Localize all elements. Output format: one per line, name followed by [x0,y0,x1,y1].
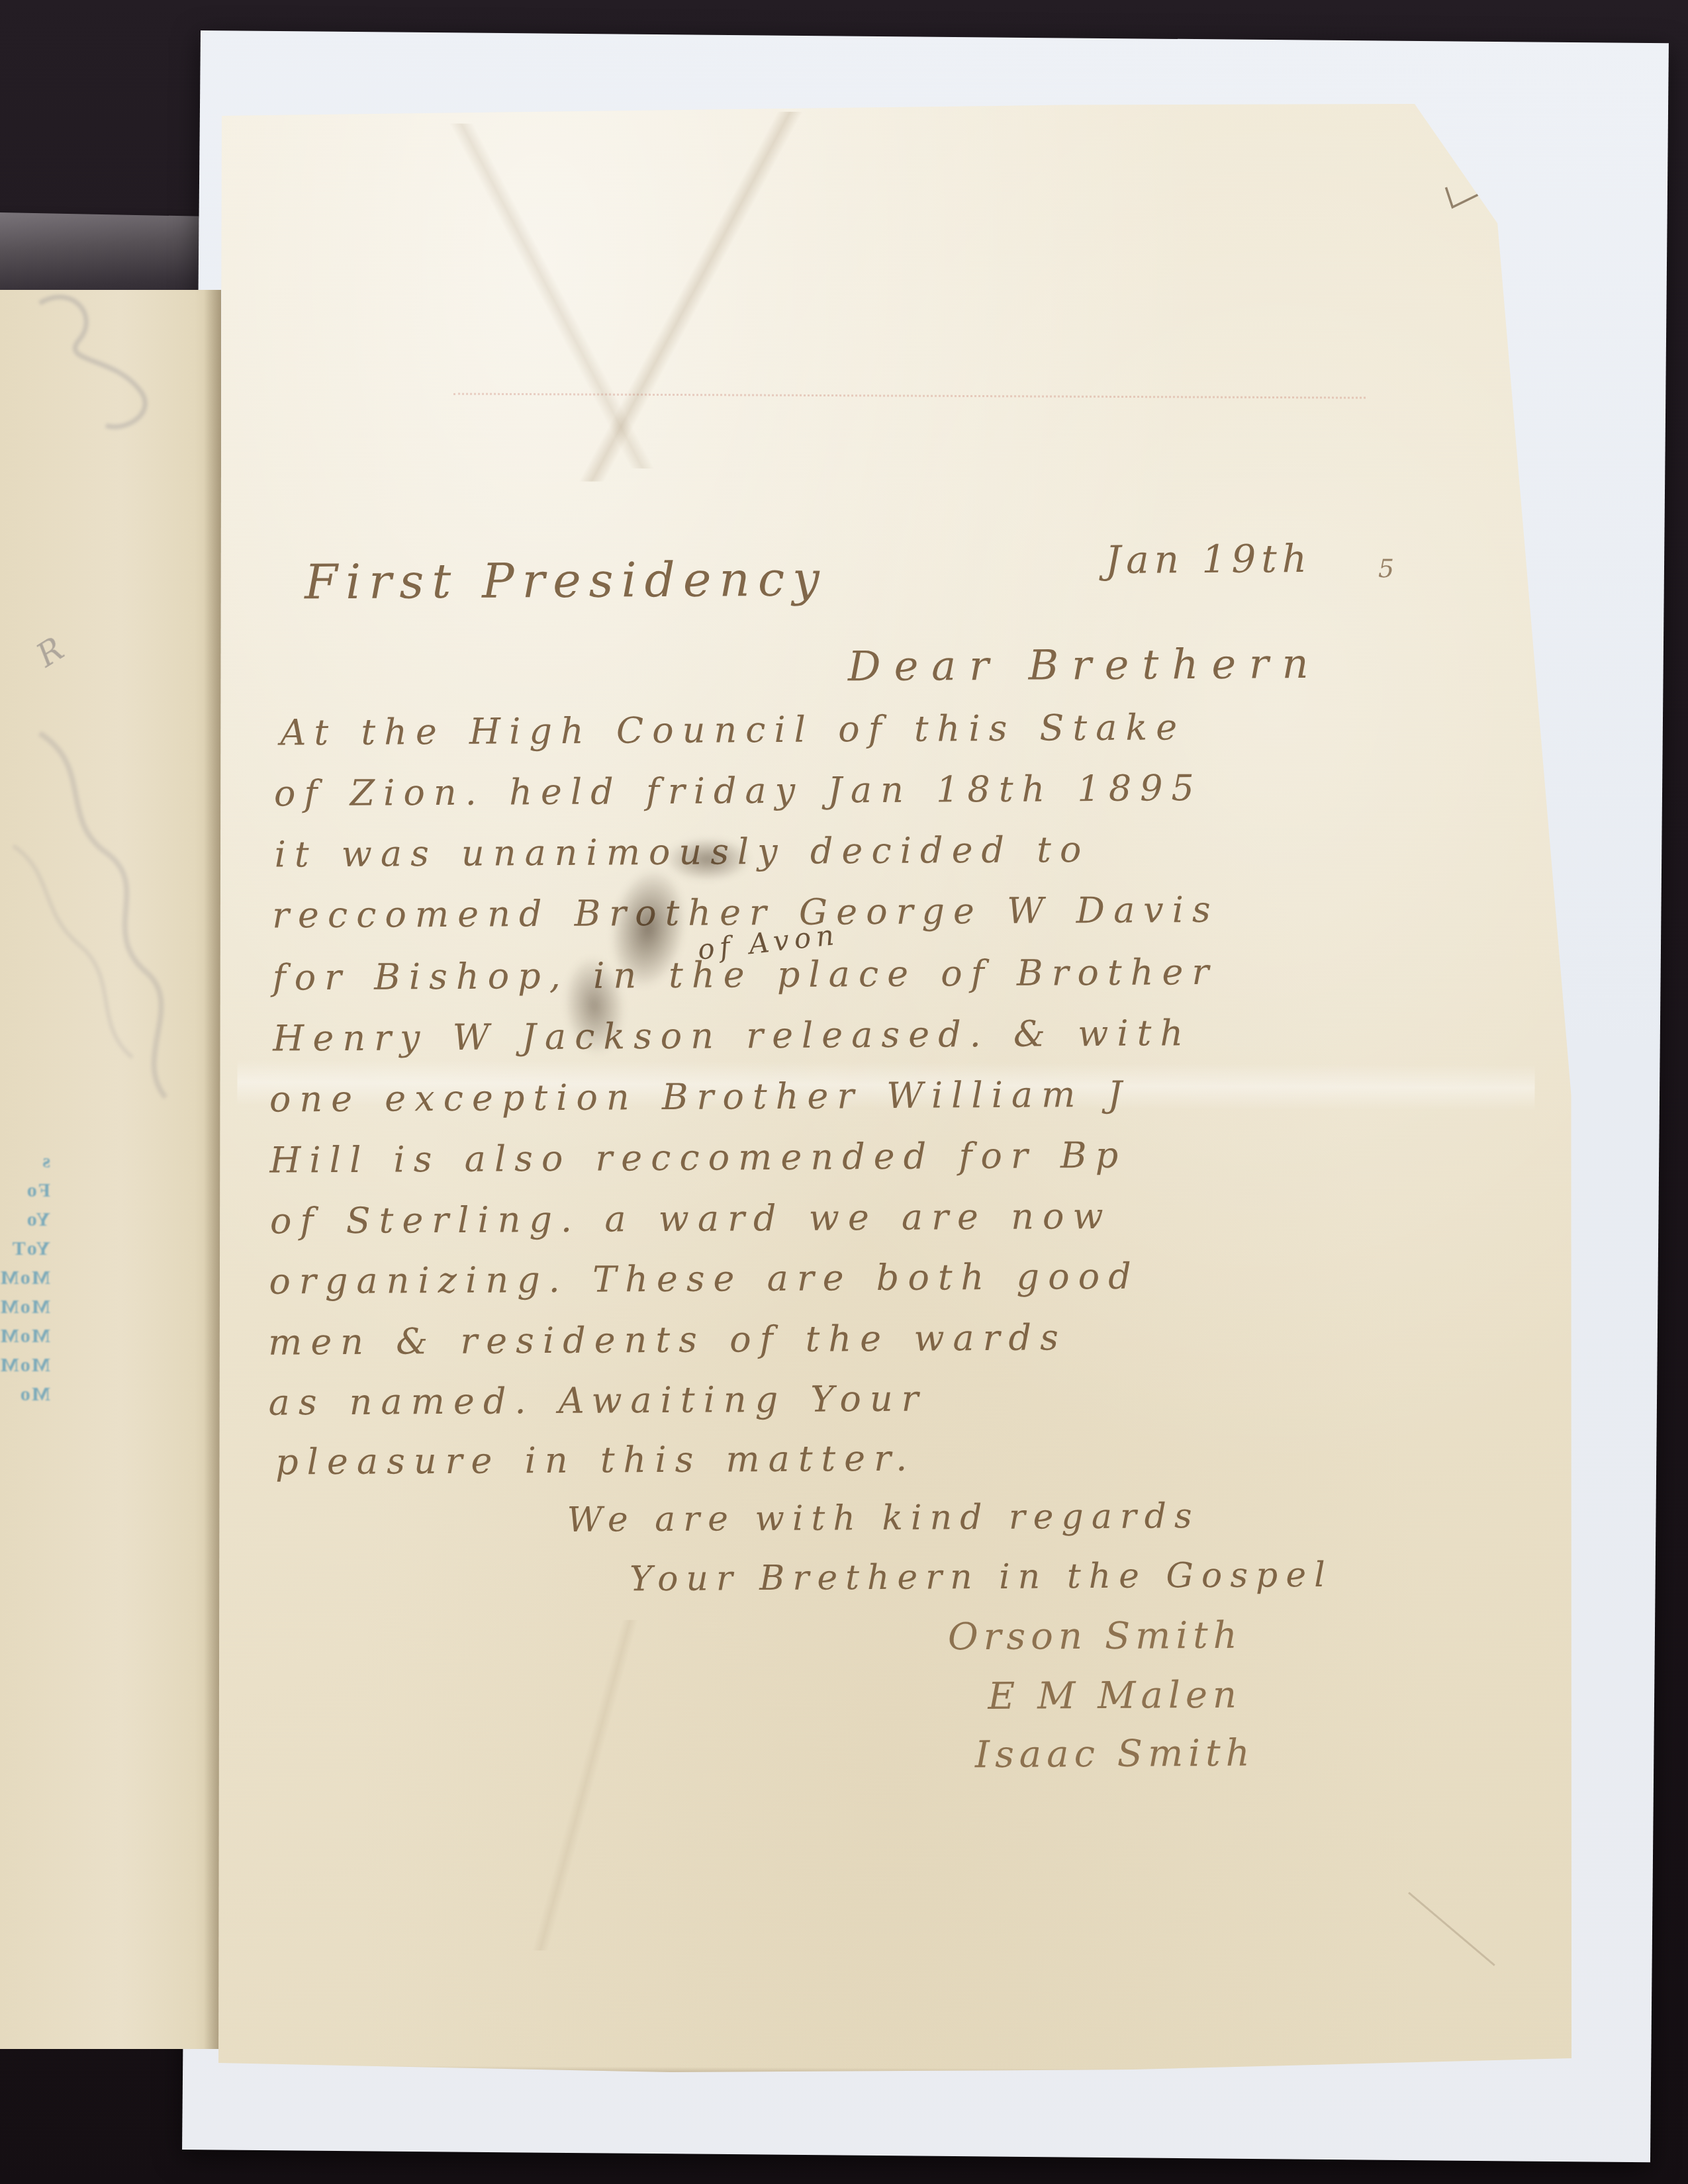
body-line: of Sterling. a ward we are now [270,1195,1112,1242]
ghost-writing-top [13,277,212,449]
body-line: one exception Brother William J [269,1073,1131,1120]
body-line: Henry W Jackson released. & with [273,1012,1192,1059]
salutation-line: Dear Brethern [848,639,1322,690]
ghost-writing-middle [0,713,212,1177]
body-line: of Zion. held friday Jan 18th 1895 [274,767,1203,815]
mirrored-stamp: Fo [4,1179,50,1206]
closing-line: Your Brethern in the Gospel [630,1555,1333,1599]
mirrored-stamp: MoM [4,1325,50,1351]
body-line: for Bishop, in the place of Brother [273,951,1218,999]
mirrored-stamp: Mo [4,1383,50,1410]
gutter-shadow [204,290,221,2049]
body-line: Hill is also reccomended for Bp [269,1134,1127,1181]
mirrored-stamp: Yo [4,1208,50,1235]
addressee-line: First Presidency [305,551,827,610]
date-line: Jan 19th [1105,536,1313,582]
handwritten-content: First Presidency Jan 19th 5 Dear Brether… [209,90,1588,2074]
body-line: At the High Council of this Stake [280,706,1186,753]
scan-background: s Fo Yo YoT MoM MoM MoM MoM Mo R 161 Fir… [0,0,1688,2184]
closing-line: We are with kind regards [567,1496,1200,1540]
adjacent-page: s Fo Yo YoT MoM MoM MoM MoM Mo R [0,290,221,2049]
mirrored-stamp: MoM [4,1267,50,1293]
body-line: as named. Awaiting Your [268,1378,927,1424]
body-line: it was unanimously decided to [274,829,1090,876]
body-line: men & residents of the wards [268,1316,1067,1363]
signature: Isaac Smith [975,1732,1255,1777]
signature: E M Malen [988,1674,1242,1718]
mirrored-stamp: MoM [4,1296,50,1322]
mirrored-stamp: s [4,1150,50,1177]
body-line: organizing. These are both good [269,1255,1140,1302]
pencil-mark: R [30,631,70,675]
mirrored-stamp: YoT [4,1238,50,1264]
date-fragment: 5 [1378,554,1394,583]
letter-page: 161 First Presidency Jan 19th 5 Dear Bre… [207,96,1582,2077]
signature: Orson Smith [948,1614,1243,1659]
body-line: pleasure in this matter. [275,1437,915,1483]
mirrored-stamp: MoM [4,1354,50,1381]
